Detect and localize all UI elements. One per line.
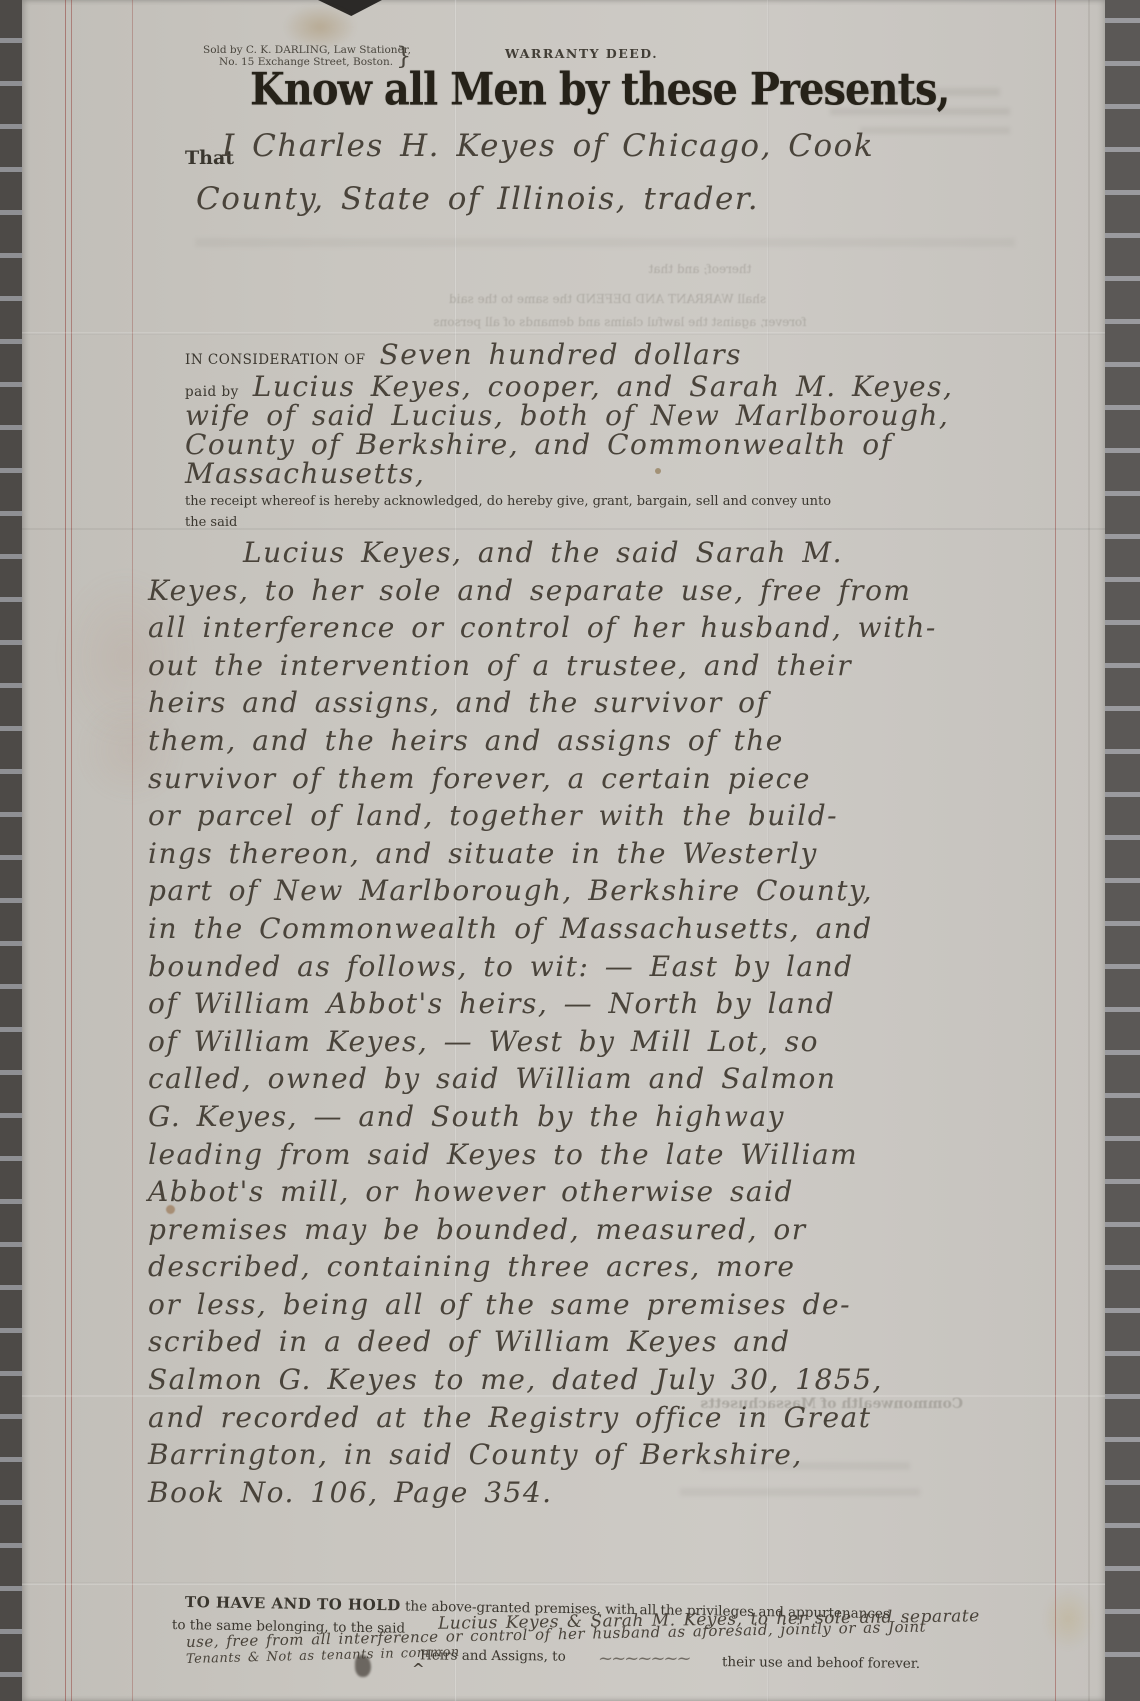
body-line: them, and the heirs and assigns of the xyxy=(148,722,938,760)
body-line: heirs and assigns, and the survivor of xyxy=(148,684,938,722)
to-have-and-to-hold-label: TO HAVE AND TO HOLD xyxy=(185,1593,401,1614)
body-line: out the intervention of a trustee, and t… xyxy=(148,647,938,685)
heirs-and-assigns-printed: Heirs and Assigns, to xyxy=(420,1647,566,1664)
body-line: scribed in a deed of William Keyes and xyxy=(148,1323,938,1361)
deed-photograph: thereof; and that shall WARRANT AND DEFE… xyxy=(0,0,1140,1701)
grantor-line-1: I Charles H. Keyes of Chicago, Cook xyxy=(222,128,874,164)
showthrough-claims-line: forever, against the lawful claims and d… xyxy=(230,315,1010,329)
right-margin-rule xyxy=(1055,0,1056,1701)
receipt-line-2: the said xyxy=(185,513,831,534)
body-line: Barrington, in said County of Berkshire, xyxy=(148,1436,938,1474)
body-line: Keyes, to her sole and separate use, fre… xyxy=(148,572,938,610)
fold-crease-horizontal-4 xyxy=(22,1582,1105,1585)
showthrough-smudge xyxy=(195,238,1015,247)
form-title: WARRANTY DEED. xyxy=(505,46,658,61)
handwritten-squiggle: ~~~~~~~ xyxy=(598,1648,690,1669)
behoof-forever-printed: their use and behoof forever. xyxy=(722,1654,920,1672)
body-line: and recorded at the Registry office in G… xyxy=(148,1399,938,1437)
body-line: part of New Marlborough, Berkshire Count… xyxy=(148,872,938,910)
body-line: ings thereon, and situate in the Westerl… xyxy=(148,835,938,873)
body-line: called, owned by said William and Salmon xyxy=(148,1060,938,1098)
body-line: of William Abbot's heirs, — North by lan… xyxy=(148,985,938,1023)
showthrough-warrant-line: shall WARRANT AND DEFEND the same to the… xyxy=(185,292,1030,306)
body-line: Abbot's mill, or however otherwise said xyxy=(148,1173,938,1211)
left-margin-rule-outer xyxy=(65,0,66,1701)
consideration-amount: Seven hundred dollars xyxy=(380,338,743,371)
left-margin-rule-inner xyxy=(71,0,72,1701)
body-line: or less, being all of the same premises … xyxy=(148,1286,938,1324)
showthrough-smudge xyxy=(860,127,1010,134)
main-heading: Know all Men by these Presents, xyxy=(250,63,830,116)
body-line: bounded as follows, to wit: — East by la… xyxy=(148,948,938,986)
ink-speck-1 xyxy=(655,468,661,474)
body-line: survivor of them forever, a certain piec… xyxy=(148,760,938,798)
left-margin-rule-single xyxy=(132,0,133,1701)
consideration-label: IN CONSIDERATION OF xyxy=(185,352,366,368)
consideration-row-1: IN CONSIDERATION OF Seven hundred dollar… xyxy=(185,338,742,371)
grantor-line-2: County, State of Illinois, trader. xyxy=(196,181,759,217)
paid-by-label: paid by xyxy=(185,384,239,400)
body-line: leading from said Keyes to the late Will… xyxy=(148,1136,938,1174)
deed-body-handwriting: Lucius Keyes, and the said Sarah M.Keyes… xyxy=(148,534,938,1511)
body-line: or parcel of land, together with the bui… xyxy=(148,797,938,835)
body-line: Salmon G. Keyes to me, dated July 30, 18… xyxy=(148,1361,938,1399)
receipt-clause: the receipt whereof is hereby acknowledg… xyxy=(185,492,831,533)
consideration-line-5: Massachusetts, xyxy=(185,457,425,490)
background-tiles-right xyxy=(1101,0,1140,1701)
stationer-line-1: Sold by C. K. DARLING, Law Stationer, xyxy=(203,44,411,56)
body-line: in the Commonwealth of Massachusetts, an… xyxy=(148,910,938,948)
body-line: premises may be bounded, measured, or xyxy=(148,1211,938,1249)
body-line: of William Keyes, — West by Mill Lot, so xyxy=(148,1023,938,1061)
background-tiles-left xyxy=(0,0,22,1701)
receipt-line-1: the receipt whereof is hereby acknowledg… xyxy=(185,492,831,513)
fold-crease-horizontal-1 xyxy=(22,332,1105,335)
body-line: all interference or control of her husba… xyxy=(148,609,938,647)
showthrough-text-fragment: thereof; and that xyxy=(420,262,980,276)
body-line: described, containing three acres, more xyxy=(148,1248,938,1286)
body-line: G. Keyes, — and South by the highway xyxy=(148,1098,938,1136)
stain-bottom-right xyxy=(1042,1588,1094,1650)
fold-crease-vertical-3 xyxy=(1088,0,1090,1701)
body-line: Lucius Keyes, and the said Sarah M. xyxy=(148,534,938,572)
body-line: Book No. 106, Page 354. xyxy=(148,1474,938,1512)
insertion-caret: ^ xyxy=(412,1660,426,1678)
